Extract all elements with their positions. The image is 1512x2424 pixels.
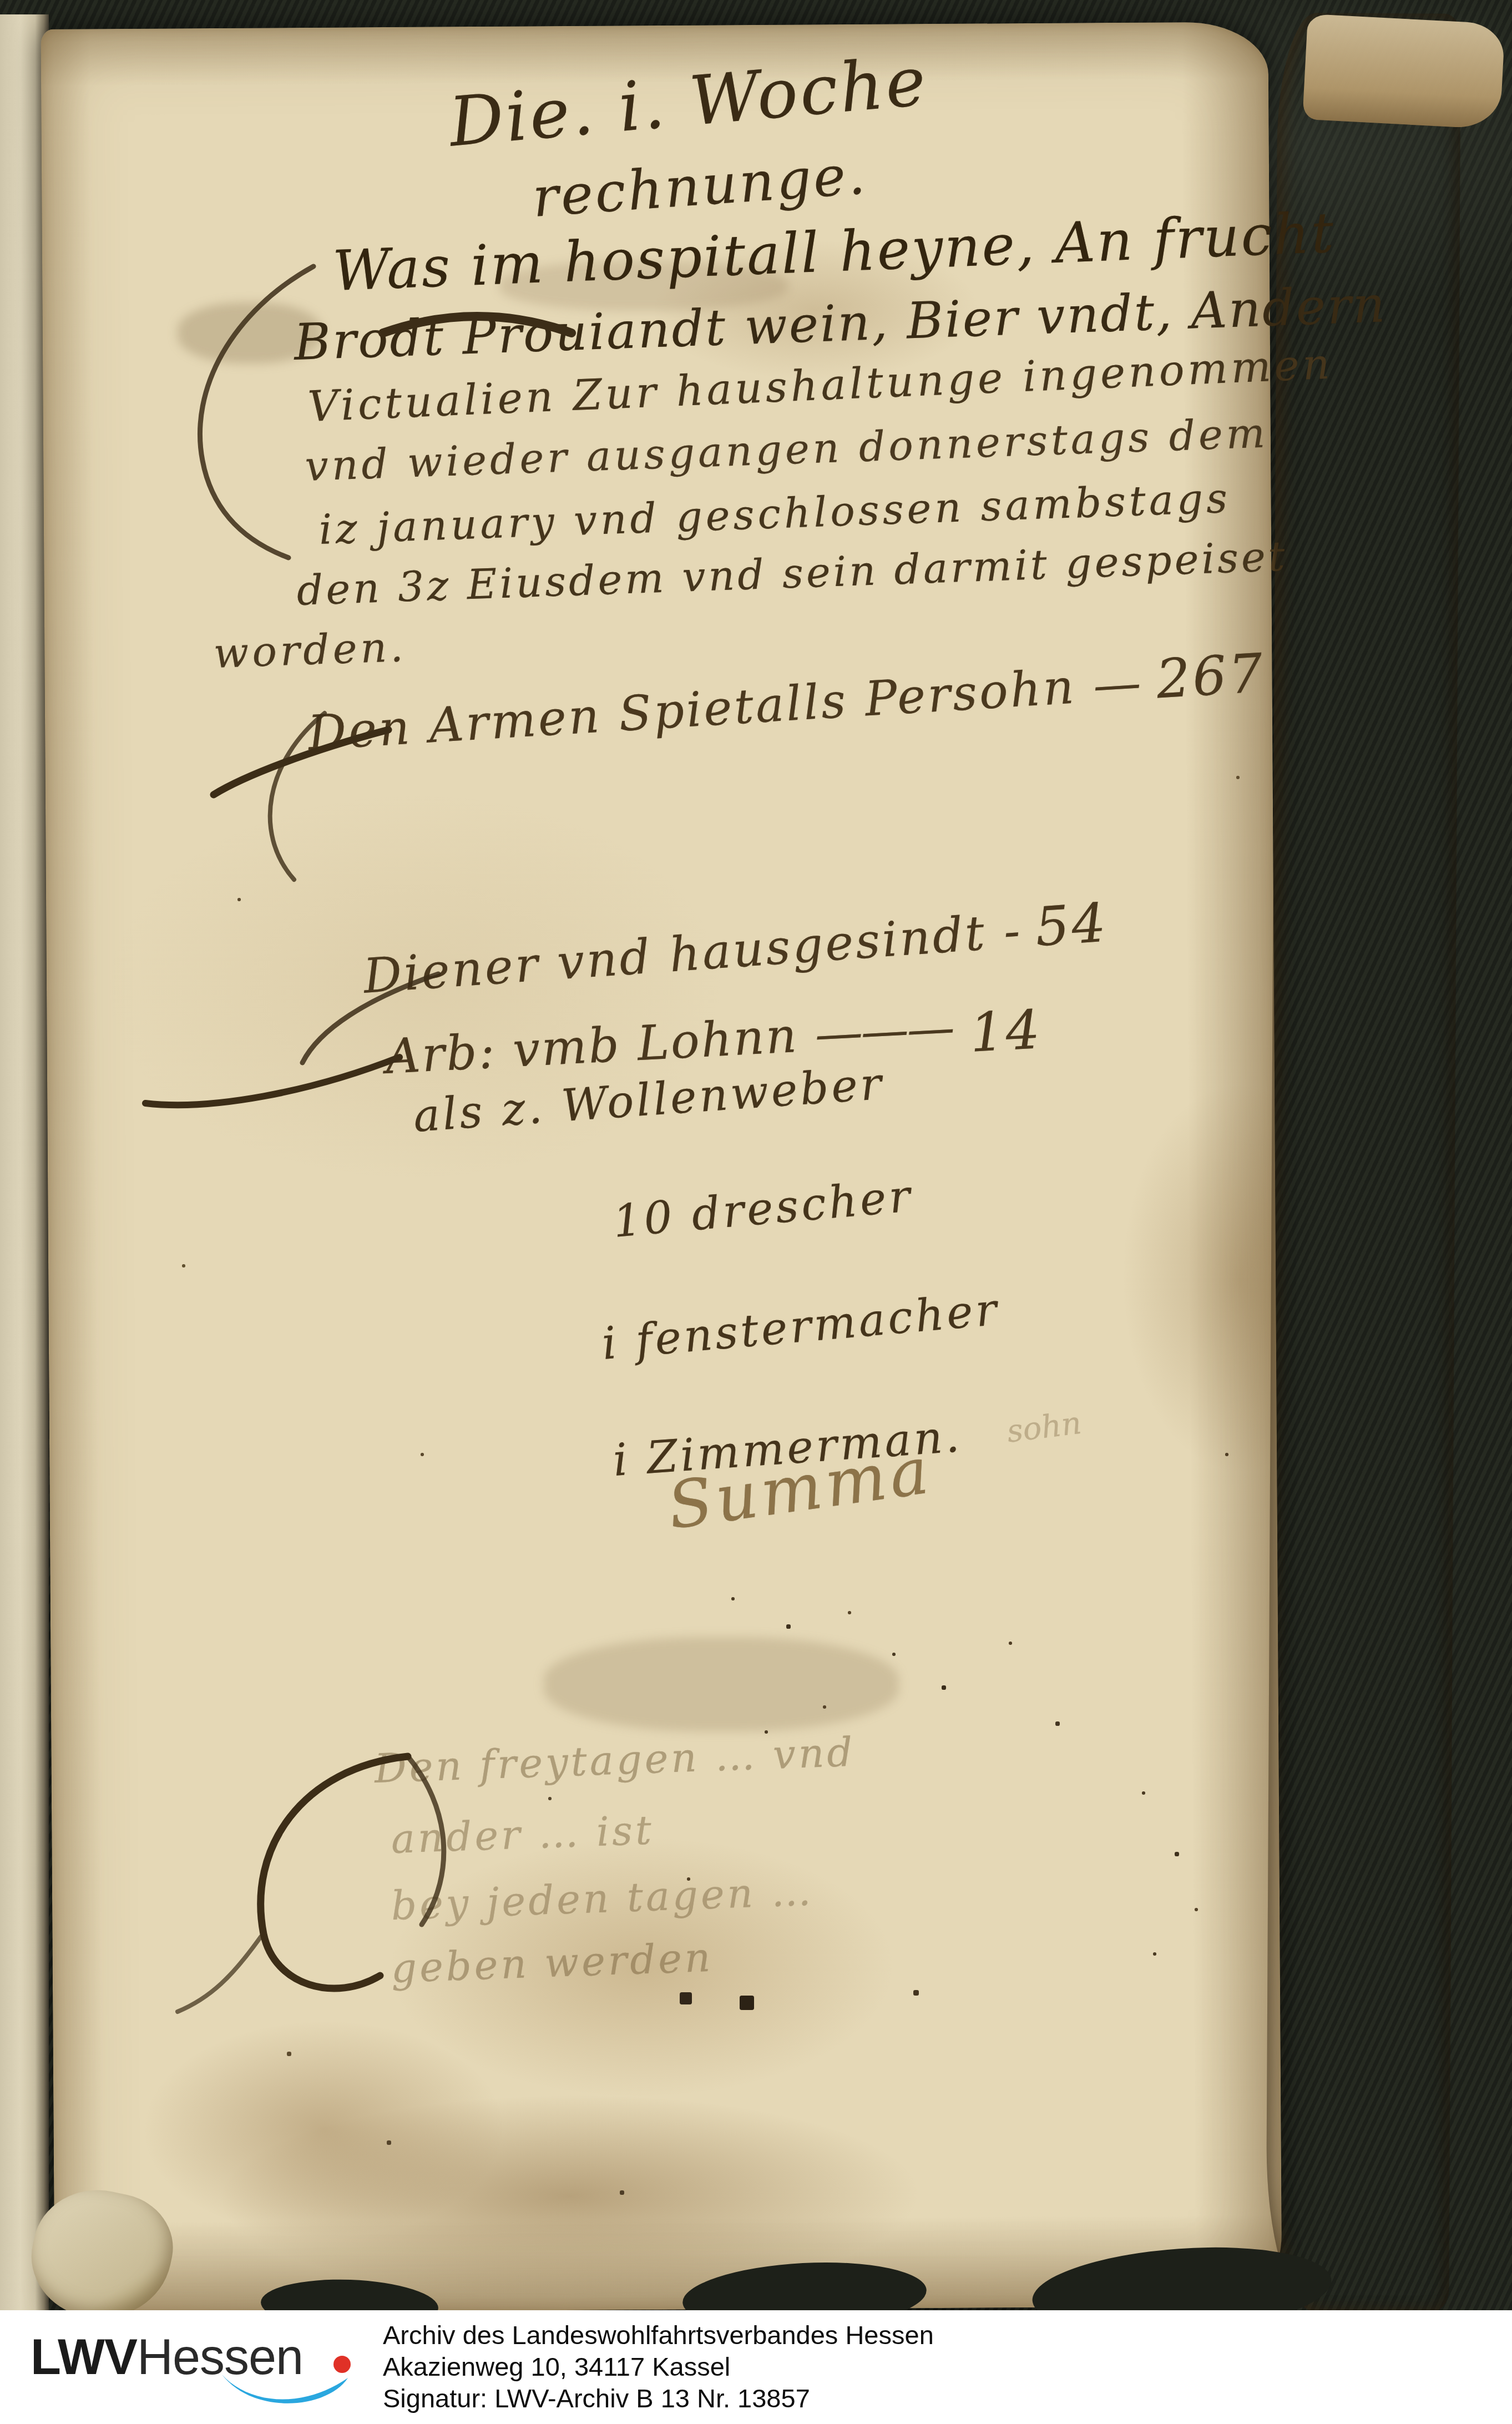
book-fore-edge (1266, 13, 1461, 2312)
torn-page-flap (1302, 14, 1505, 129)
logo-swoosh-icon (218, 2369, 356, 2412)
underlying-page-edge (0, 14, 49, 2312)
tally-value: 14 (968, 998, 1043, 1064)
tally-dash: - (1002, 903, 1020, 960)
tally-value: 267 (1155, 642, 1267, 711)
tally-value: 54 (1033, 891, 1110, 958)
tally-dash: — (1091, 655, 1141, 713)
ms-intro-line: worden. (213, 623, 407, 678)
tally-dash: ——— (813, 999, 954, 1062)
ink-bleed-smudge (544, 1637, 899, 1731)
archive-street: Akazienweg 10, 34117 Kassel (383, 2351, 934, 2382)
logo-bold-text: LWV (31, 2330, 137, 2385)
archive-signature: Signatur: LWV-Archiv B 13 Nr. 13857 (383, 2382, 934, 2414)
ms-faded-line: ander … ist (391, 1806, 655, 1862)
book-scan: Die. i. Woche rechnunge. Was im hospital… (0, 0, 1512, 2424)
archive-address-block: Archiv des Landeswohlfahrtsverbandes Hes… (383, 2319, 934, 2414)
archive-footer: LWVHessen Archiv des Landeswohlfahrtsver… (0, 2310, 1512, 2424)
archive-name: Archiv des Landeswohlfahrtsverbandes Hes… (383, 2319, 934, 2351)
foxing-speckles (0, 0, 1, 1)
